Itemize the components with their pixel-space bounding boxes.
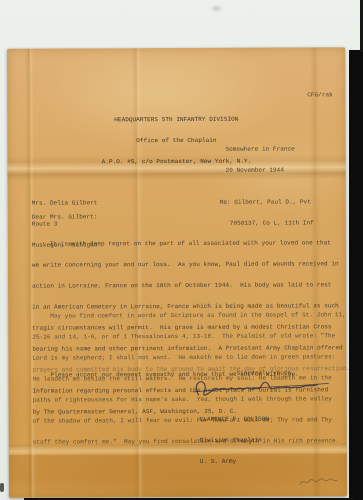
signature-block: CLARENCE F. GOLISON Division Chaplain U.… <box>200 402 270 479</box>
pencil-scribble <box>297 473 339 491</box>
letter-line: It is with deep regret on the part of al… <box>32 239 344 247</box>
letter-line: we write concerning your and our loss. A… <box>32 260 344 268</box>
salutation: Dear Mrs. Gilbert: <box>32 213 98 220</box>
letter-line: action in Lorraine, France on the 18th o… <box>32 281 344 289</box>
letterhead-unit: HEADQUARTERS 5TH INFANTRY DIVISION <box>7 115 345 123</box>
letter-line: of the shadow of death, I will fear no e… <box>33 416 345 424</box>
letter-line: 25-26 and 14, 1-6, or of 1 Thessalonians… <box>32 332 344 340</box>
signature-title: Division Chaplain <box>200 437 269 444</box>
letter-paper: CFG/rak HEADQUARTERS 5TH INFANTRY DIVISI… <box>7 47 347 497</box>
signature-service: U. S. Army <box>200 458 269 465</box>
signature-typed-name: CLARENCE F. GOLISON <box>200 416 269 423</box>
letter-line: May you find comfort in words of Scriptu… <box>32 311 344 319</box>
scanned-letter-photo: CFG/rak HEADQUARTERS 5TH INFANTRY DIVISI… <box>0 0 363 500</box>
photo-black-border-right <box>349 50 363 500</box>
recipient-name: Mrs. Delia Gilbert <box>32 199 98 206</box>
scan-dark-mark-left <box>0 483 4 492</box>
reference-initials: CFG/rak <box>307 91 333 98</box>
dateline: Somewhere in France 20 November 1944 <box>225 131 295 187</box>
scan-speck <box>212 6 221 11</box>
subject-soldier: Re: Gilbert, Paul D., Pvt <box>220 198 314 205</box>
dateline-date: 20 November 1944 <box>226 166 295 173</box>
handwritten-signature <box>190 374 332 403</box>
dateline-place: Somewhere in France <box>225 145 294 152</box>
letter-line: staff they comfort me." May you find con… <box>33 437 345 445</box>
